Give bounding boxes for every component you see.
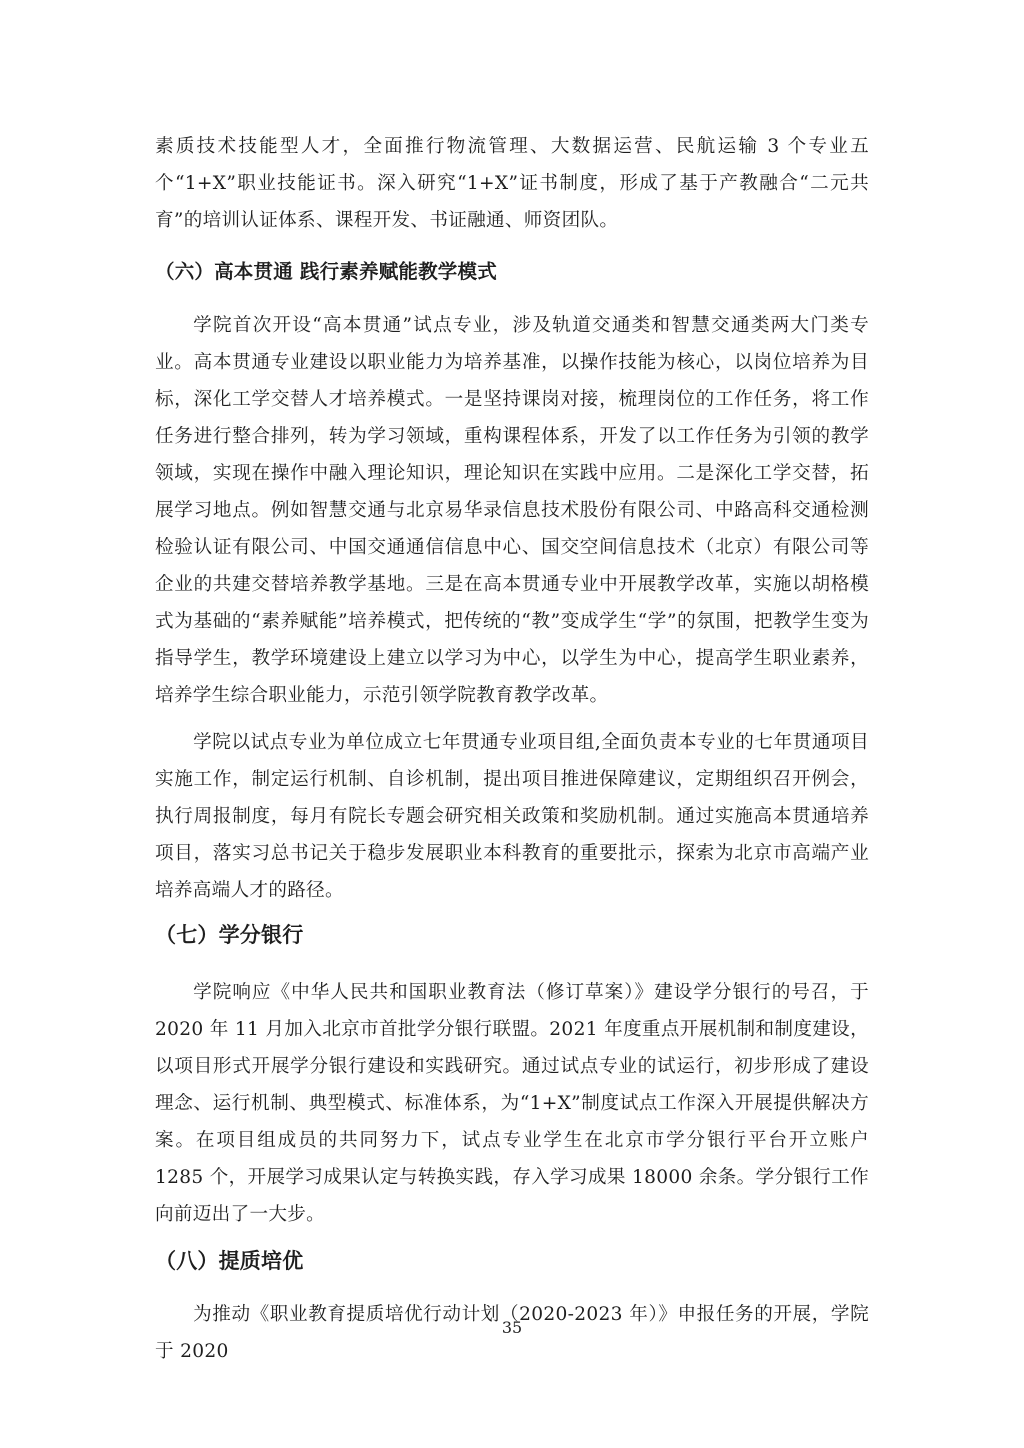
document-page: 素质技术技能型人才，全面推行物流管理、大数据运营、民航运输 3 个专业五个“1+… bbox=[155, 128, 869, 1370]
paragraph-seven-year-project-group: 学院以试点专业为单位成立七年贯通专业项目组,全面负责本专业的七年贯通项目实施工作… bbox=[155, 724, 869, 909]
page-number: 35 bbox=[0, 1318, 1024, 1337]
section-heading-8: （八）提质培优 bbox=[155, 1243, 869, 1280]
paragraph-credit-bank: 学院响应《中华人民共和国职业教育法（修订草案）》建设学分银行的号召，于 2020… bbox=[155, 974, 869, 1233]
paragraph-1x-certificates: 素质技术技能型人才，全面推行物流管理、大数据运营、民航运输 3 个专业五个“1+… bbox=[155, 128, 869, 239]
paragraph-high-school-bachelor-program: 学院首次开设“高本贯通”试点专业，涉及轨道交通类和智慧交通类两大门类专业。高本贯… bbox=[155, 307, 869, 714]
section-heading-7: （七）学分银行 bbox=[155, 917, 869, 954]
section-heading-6: （六）高本贯通 践行素养赋能教学模式 bbox=[155, 253, 869, 290]
